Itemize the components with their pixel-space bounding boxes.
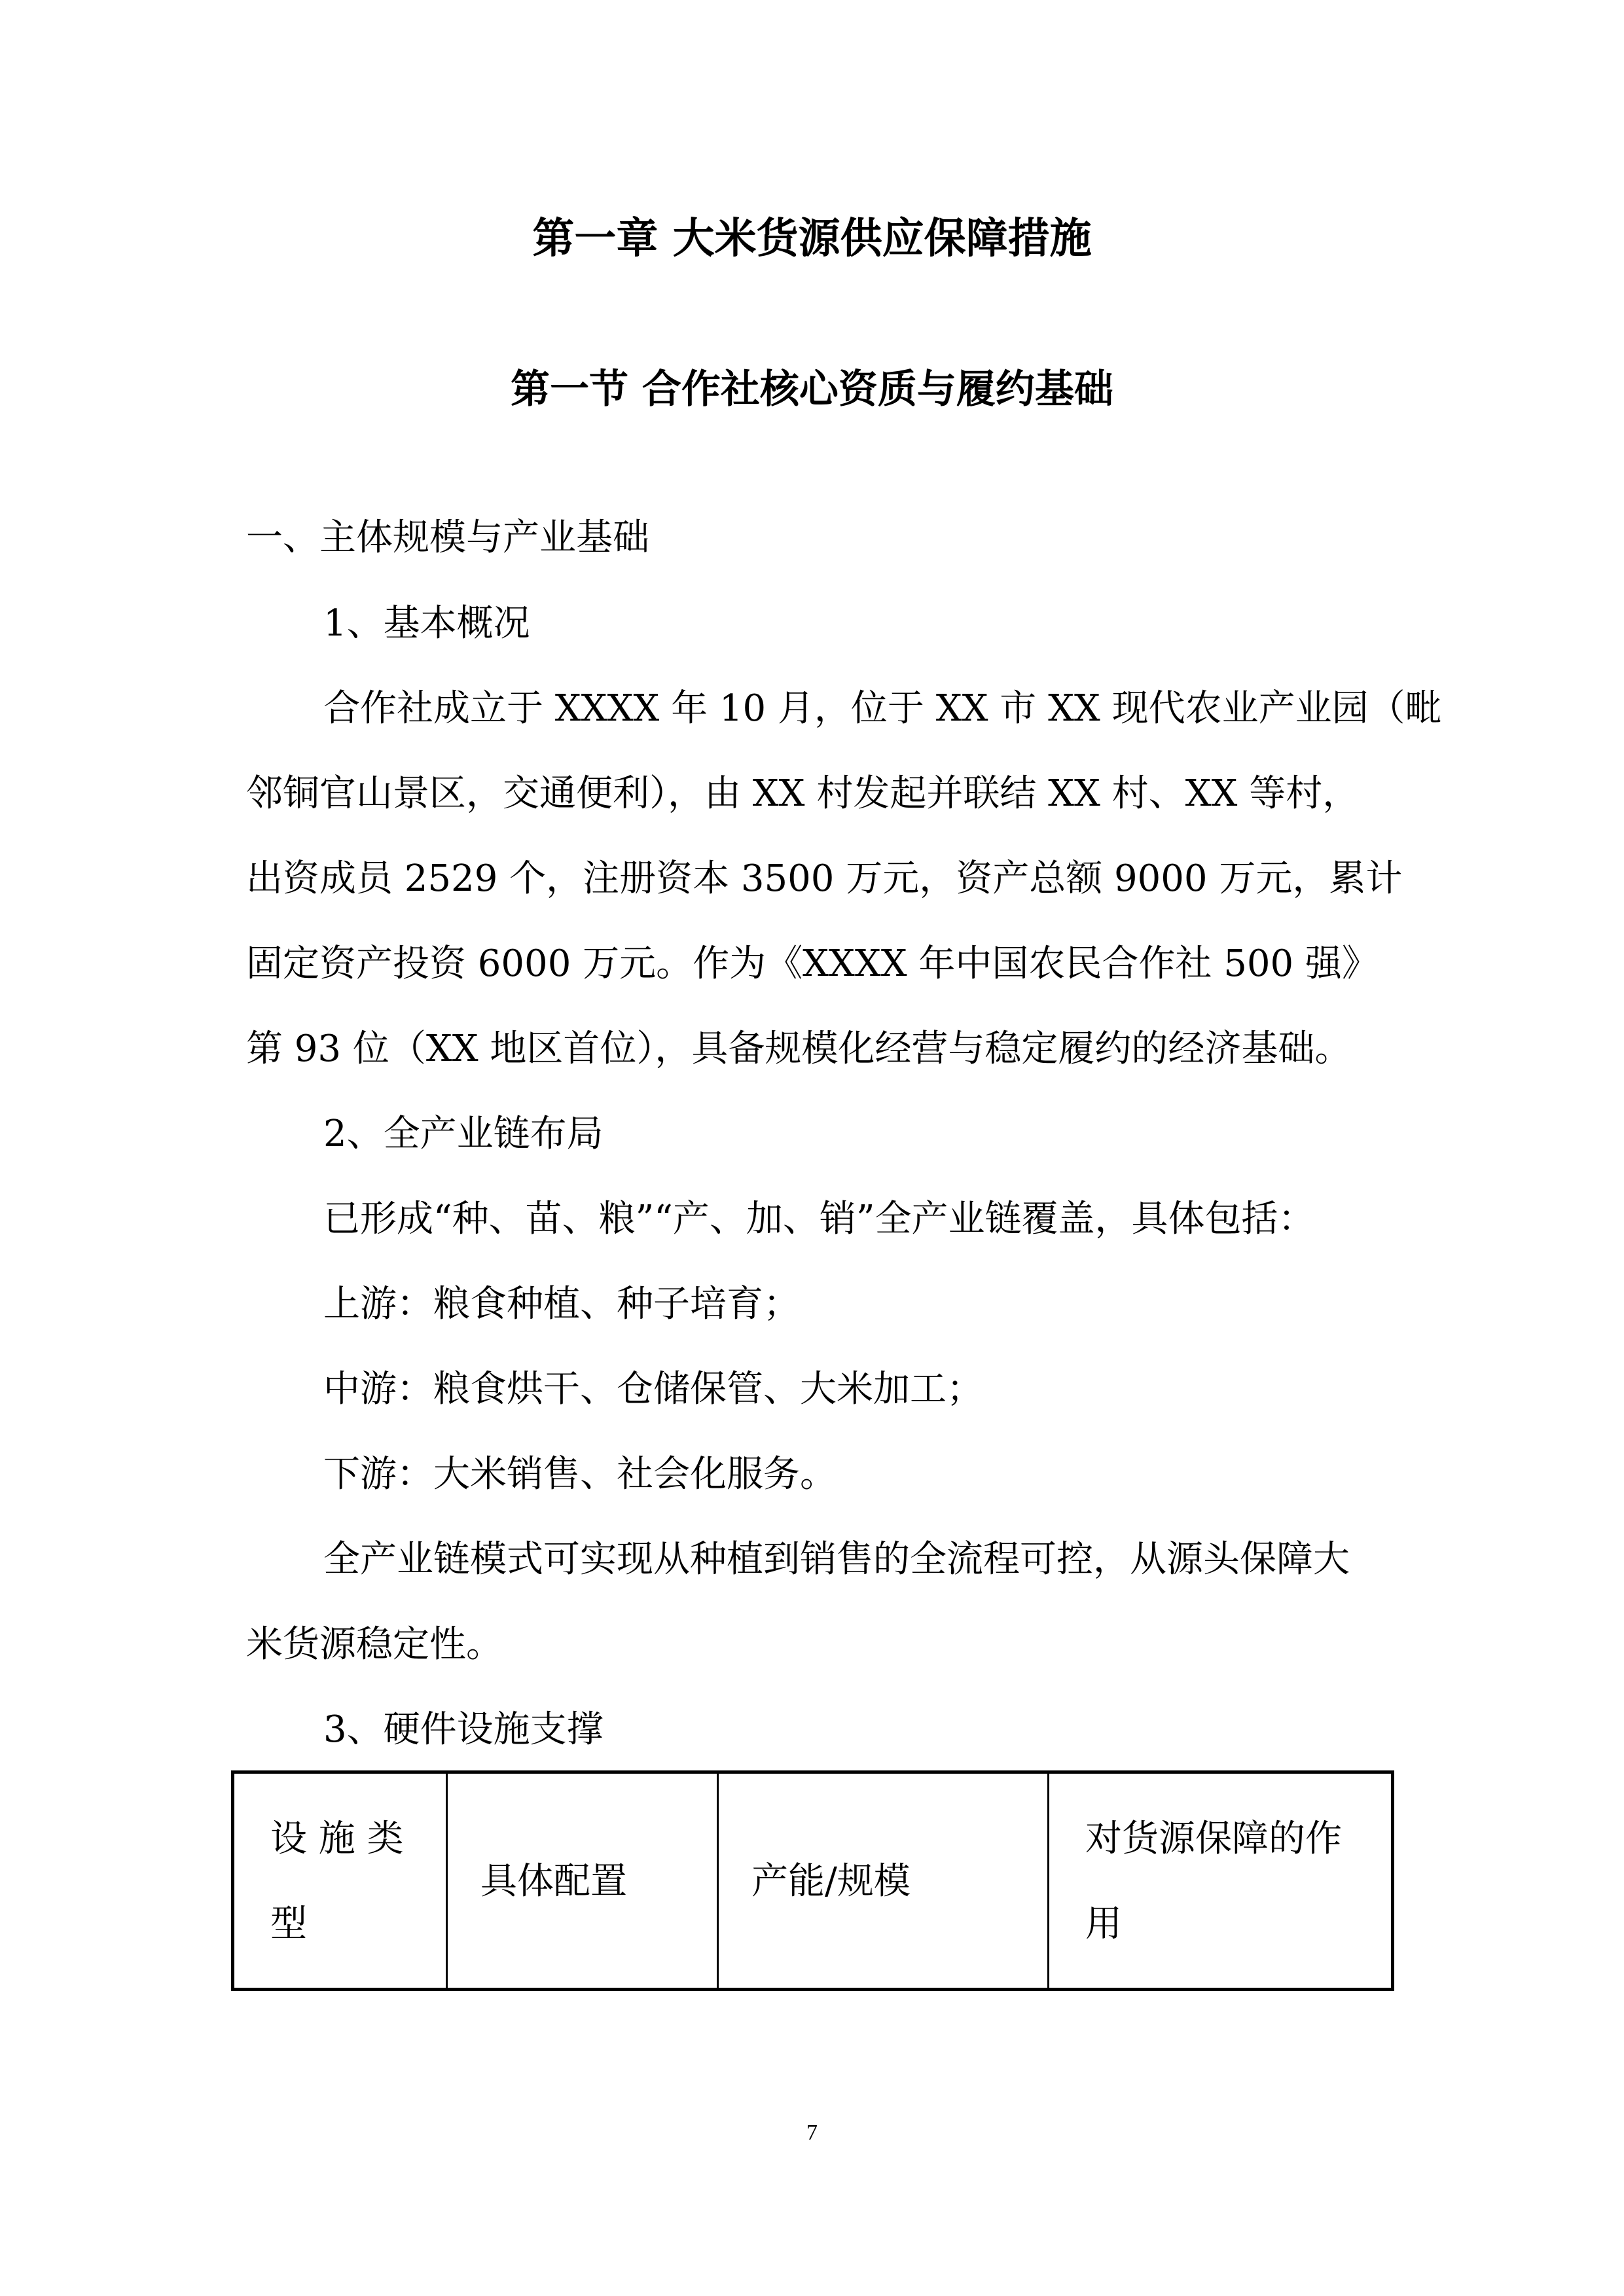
page-number: 7 xyxy=(0,2121,1624,2145)
overview-line-1: 合作社成立于 XXXX 年 10 月，位于 XX 市 XX 现代农业产业园（毗 xyxy=(323,686,1442,732)
table-header-capacity: 产能/规模 xyxy=(719,1774,1047,1988)
overview-line-2: 邻铜官山景区，交通便利），由 XX 村发起并联结 XX 村、XX 等村， xyxy=(246,771,1359,817)
chain-summary-line-2: 米货源稳定性。 xyxy=(246,1622,503,1668)
overview-line-5: 第 93 位（XX 地区首位），具备规模化经营与稳定履约的经济基础。 xyxy=(246,1026,1351,1072)
chain-downstream: 下游：大米销售、社会化服务。 xyxy=(323,1452,837,1498)
table-header-configuration: 具体配置 xyxy=(448,1774,717,1988)
chain-summary-line-1: 全产业链模式可实现从种植到销售的全流程可控，从源头保障大 xyxy=(323,1537,1350,1583)
chain-upstream: 上游：粮食种植、种子培育； xyxy=(323,1282,800,1327)
header-text: 用 xyxy=(1085,1901,1122,1947)
facilities-table: 设 施 类 型 具体配置 产能/规模 对货源保障的作 用 xyxy=(231,1770,1394,1991)
header-text: 型 xyxy=(270,1901,307,1947)
subheading-3: 3、硬件设施支撑 xyxy=(323,1707,604,1753)
table-header-facility-type: 设 施 类 型 xyxy=(234,1774,446,1988)
heading-1: 一、主体规模与产业基础 xyxy=(246,515,649,561)
header-text: 设 施 类 xyxy=(270,1816,404,1862)
header-text: 产能/规模 xyxy=(751,1859,911,1905)
chain-intro: 已形成“种、苗、粮”“产、加、销”全产业链覆盖，具体包括： xyxy=(323,1196,1315,1242)
chain-midstream: 中游：粮食烘干、仓储保管、大米加工； xyxy=(323,1367,983,1412)
overview-line-3: 出资成员 2529 个，注册资本 3500 万元，资产总额 9000 万元，累计 xyxy=(246,856,1402,902)
header-text: 对货源保障的作 xyxy=(1085,1816,1342,1862)
subheading-2: 2、全产业链布局 xyxy=(323,1111,604,1157)
subheading-1: 1、基本概况 xyxy=(323,601,530,647)
chapter-title: 第一章 大米货源供应保障措施 xyxy=(0,213,1624,265)
table-header-supply-role: 对货源保障的作 用 xyxy=(1049,1774,1391,1988)
overview-line-4: 固定资产投资 6000 万元。作为《XXXX 年中国农民合作社 500 强》 xyxy=(246,941,1379,987)
header-text: 具体配置 xyxy=(480,1859,627,1905)
section-title: 第一节 合作社核心资质与履约基础 xyxy=(0,363,1624,416)
